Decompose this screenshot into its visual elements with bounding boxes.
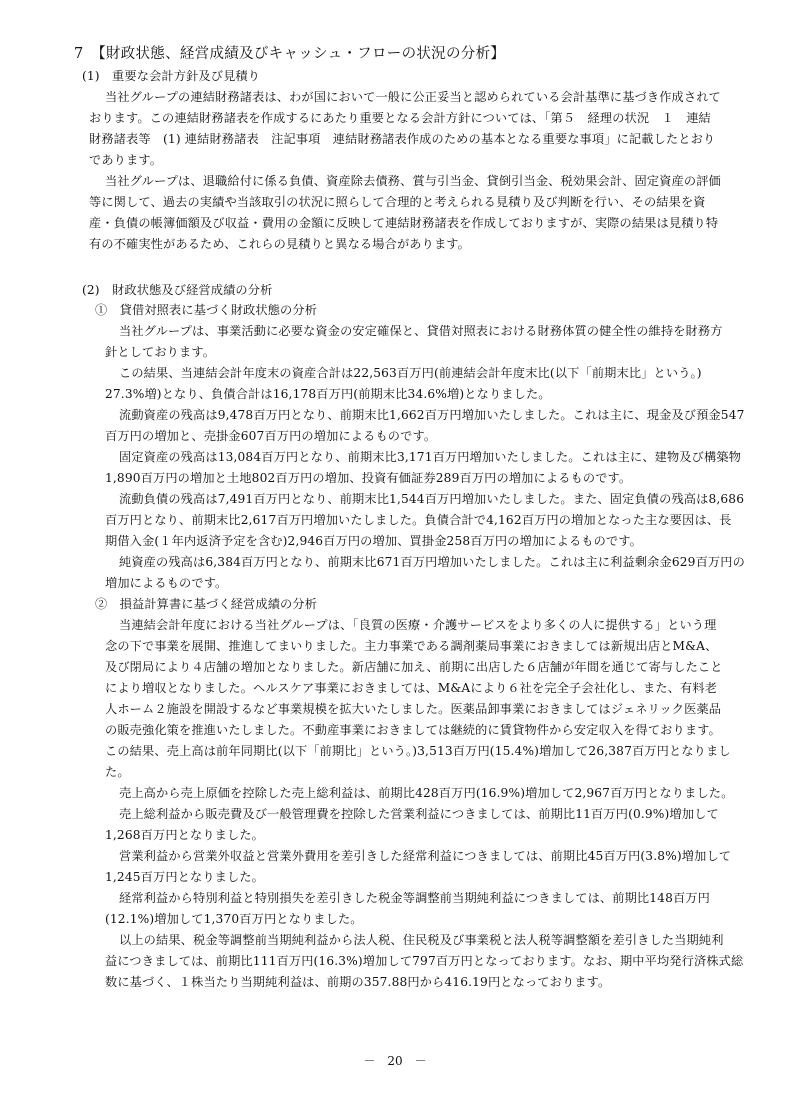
paragraph-line: おります。この連結財務諸表を作成するにあたり重要となる会計方針については、「第５… [89,110,711,126]
paragraph-line: であります。 [89,152,162,168]
paragraph-line: (12.1%)増加して1,370百万円となりました。 [105,911,363,927]
page-number: － 20 － [0,1052,790,1069]
paragraph-line: 当社グループの連結財務諸表は、わが国において一般に公正妥当と認められている会計基… [105,89,721,105]
paragraph-line: 百万円の増加と、売掛金607百万円の増加によるものです。 [105,428,436,444]
paragraph-line: 流動資産の残高は9,478百万円となり、前期末比1,662百万円増加いたしました… [119,407,745,423]
paragraph-line: 純資産の残高は6,384百万円となり、前期末比671百万円増加いたしました。これ… [119,554,745,570]
paragraph-line: 営業利益から営業外収益と営業外費用を差引きした経常利益につきましては、前期比45… [119,848,731,864]
paragraph-line: 27.3%増)となり、負債合計は16,178百万円(前期末比34.6%増)となり… [105,386,551,402]
section-title: 7 【財政状態、経営成績及びキャッシュ・フローの状況の分析】 [74,46,505,62]
subsection-heading-2: (2) 財政状態及び経営成績の分析 [82,282,272,298]
paragraph-line: 百万円となり、前期末比2,617百万円増加いたしました。負債合計で4,162百万… [105,512,731,528]
paragraph-line: 経常利益から特別利益と特別損失を差引きした税金等調整前当期純利益につきましては、… [119,890,710,906]
paragraph-line: 当連結会計年度における当社グループは、「良質の医療・介護サービスをより多くの人に… [119,617,716,633]
paragraph-line: の販売強化策を推進いたしました。不動産事業におきましては継続的に賃貸物件から安定… [105,722,721,738]
paragraph-line: 財務諸表等 (1) 連結財務諸表 注記事項 連結財務諸表作成のための基本となる重… [89,131,715,147]
paragraph-line: 当社グループは、退職給付に係る負債、資産除去債務、賞与引当金、貸倒引当金、税効果… [105,173,721,189]
paragraph-line: 固定資産の残高は13,084百万円となり、前期末比3,171百万円増加いたしまし… [119,449,741,465]
paragraph-line: 数に基づく、１株当たり当期純利益は、前期の357.88円から416.19円となっ… [105,974,610,990]
paragraph-line: 念の下で事業を展開、推進してまいりました。主力事業である調剤薬局事業におきまして… [105,638,717,654]
paragraph-line: 以上の結果、税金等調整前当期純利益から法人税、住民税及び事業税と法人税等調整額を… [119,932,724,948]
paragraph-line: 針としております。 [105,344,215,360]
paragraph-line: 有の不確実性があるため、これらの見積りと異なる場合があります。 [89,236,470,252]
paragraph-line: 売上総利益から販売費及び一般管理費を控除した営業利益につきましては、前期比11百… [119,806,719,822]
paragraph-line: 期借入金(１年内返済予定を含む)2,946百万円の増加、買掛金258百万円の増加… [105,533,642,549]
paragraph-line: た。 [105,764,130,780]
item-heading-1: ① 貸借対照表に基づく財政状態の分析 [95,302,317,318]
item-heading-2: ② 損益計算書に基づく経営成績の分析 [95,596,317,612]
subsection-heading-1: (1) 重要な会計方針及び見積り [82,68,260,84]
paragraph-line: 1,268百万円となりました。 [105,827,264,843]
paragraph-line: 当社グループは、事業活動に必要な資金の安定確保と、貸借対照表における財務体質の健… [119,323,723,339]
paragraph-line: 産・負債の帳簿価額及び収益・費用の金額に反映して連結財務諸表を作成しておりますが… [89,215,718,231]
paragraph-line: 益につきましては、前期比111百万円(16.3%)増加して797百万円となってお… [105,953,743,969]
paragraph-line: 1,245百万円となりました。 [105,869,264,885]
paragraph-line: 及び閉局により４店舗の増加となりました。新店舗に加え、前期に出店した６店舗が年間… [105,659,723,675]
document-page: 7 【財政状態、経営成績及びキャッシュ・フローの状況の分析】 (1) 重要な会計… [0,0,790,1118]
paragraph-line: 等に関して、過去の実績や当該取引の状況に照らして合理的と考えられる見積り及び判断… [89,194,706,210]
paragraph-line: この結果、売上高は前年同期比(以下「前期比」という。)3,513百万円(15.4… [105,743,731,759]
paragraph-line: 人ホーム２施設を開設するなど事業規模を拡大いたしました。医薬品卸事業におきまして… [105,701,721,717]
paragraph-line: 1,890百万円の増加と土地802百万円の増加、投資有価証券289百万円の増加に… [105,470,631,486]
paragraph-line: により増収となりました。ヘルスケア事業におきましては、M&Aにより６社を完全子会… [105,680,717,696]
paragraph-line: 流動負債の残高は7,491百万円となり、前期末比1,544百万円増加いたしました… [119,491,744,507]
paragraph-line: 売上高から売上原価を控除した売上総利益は、前期比428百万円(16.9%)増加し… [119,785,733,801]
paragraph-line: 増加によるものです。 [105,575,227,591]
paragraph-line: この結果、当連結会計年度末の資産合計は22,563百万円(前連結会計年度末比(以… [119,365,702,381]
